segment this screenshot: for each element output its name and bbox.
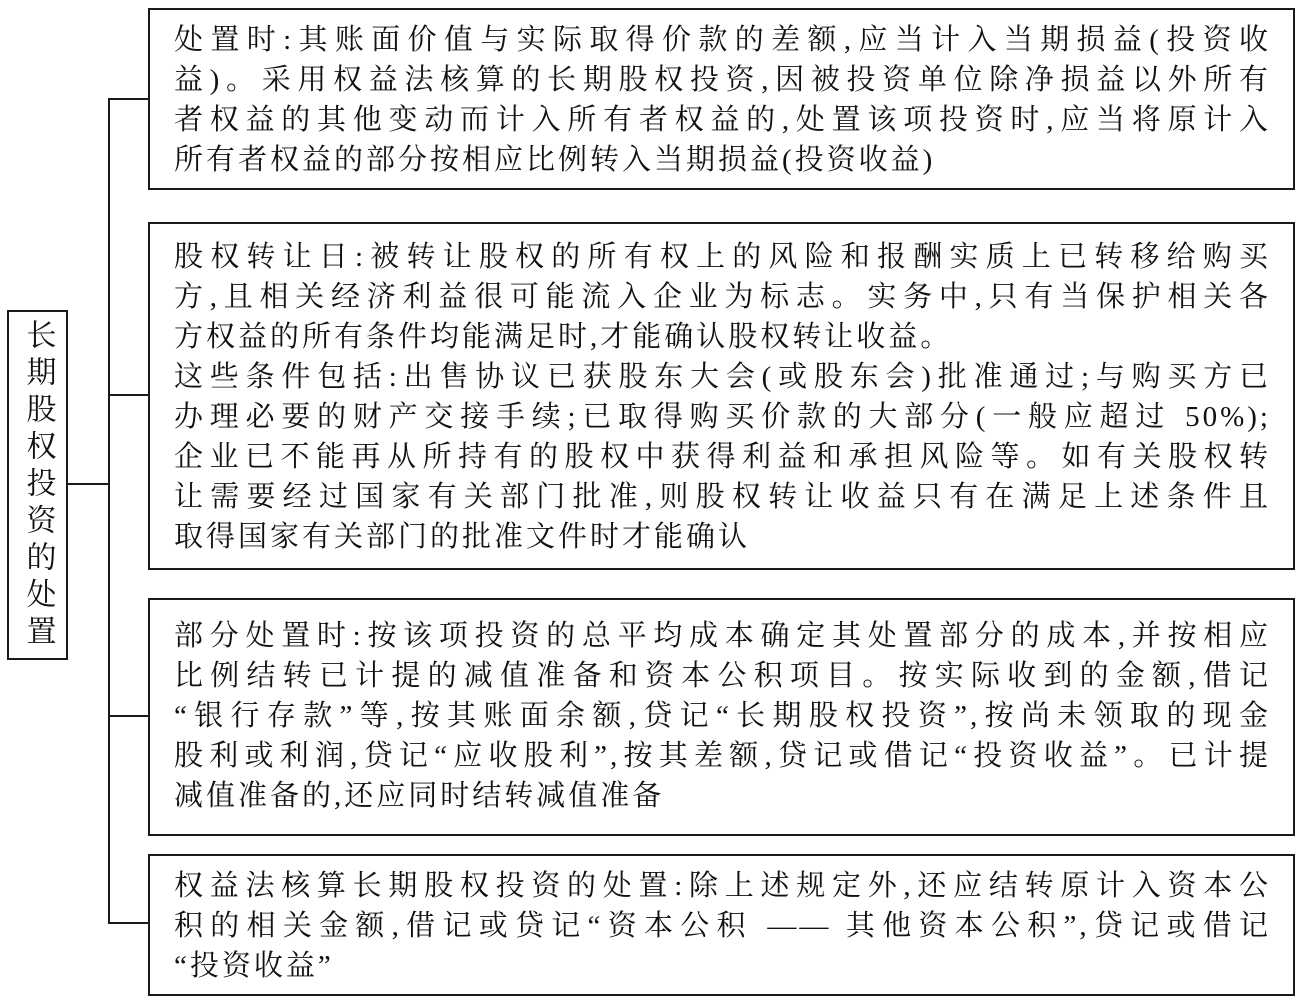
text-line: 益)。采用权益法核算的长期股权投资,因被投资单位除净损益以外所有 xyxy=(174,60,1271,100)
node-disposal-general: 处置时:其账面价值与实际取得价款的差额,应当计入当期损益(投资收益)。采用权益法… xyxy=(148,8,1295,190)
root-node: 长期股权投资的处置 xyxy=(7,310,68,660)
text-line: 股权转让日:被转让股权的所有权上的风险和报酬实质上已转移给购买 xyxy=(174,237,1271,277)
text-line: 方,且相关经济利益很可能流入企业为标志。实务中,只有当保护相关各 xyxy=(174,277,1271,317)
text-line: 积的相关金额,借记或贷记“资本公积 —— 其他资本公积”,贷记或借记 xyxy=(174,906,1271,946)
text-line: 办理必要的财产交接手续;已取得购买价款的大部分(一般应超过 50%); xyxy=(174,397,1271,437)
root-node-label: 长期股权投资的处置 xyxy=(23,319,53,652)
connector-branch-4 xyxy=(108,922,148,924)
flow-diagram: 长期股权投资的处置 处置时:其账面价值与实际取得价款的差额,应当计入当期损益(投… xyxy=(0,0,1304,1000)
text-line: “投资收益” xyxy=(174,946,1271,986)
text-line: 减值准备的,还应同时结转减值准备 xyxy=(174,776,1271,816)
text-line: 比例结转已计提的减值准备和资本公积项目。按实际收到的金额,借记 xyxy=(174,656,1271,696)
node-equity-transfer-date: 股权转让日:被转让股权的所有权上的风险和报酬实质上已转移给购买方,且相关经济利益… xyxy=(148,222,1295,570)
text-line: 企业已不能再从所持有的股权中获得利益和承担风险等。如有关股权转 xyxy=(174,437,1271,477)
connector-trunk xyxy=(108,98,110,924)
text-line: 取得国家有关部门的批准文件时才能确认 xyxy=(174,517,1271,557)
connector-branch-2 xyxy=(108,394,148,396)
text-line: 让需要经过国家有关部门批准,则股权转让收益只有在满足上述条件且 xyxy=(174,477,1271,517)
text-line: 这些条件包括:出售协议已获股东大会(或股东会)批准通过;与购买方已 xyxy=(174,357,1271,397)
text-line: 方权益的所有条件均能满足时,才能确认股权转让收益。 xyxy=(174,317,1271,357)
connector-branch-1 xyxy=(108,98,148,100)
text-line: 权益法核算长期股权投资的处置:除上述规定外,还应结转原计入资本公 xyxy=(174,866,1271,906)
node-equity-method-disposal: 权益法核算长期股权投资的处置:除上述规定外,还应结转原计入资本公积的相关金额,借… xyxy=(148,854,1295,996)
text-line: 处置时:其账面价值与实际取得价款的差额,应当计入当期损益(投资收 xyxy=(174,20,1271,60)
node-partial-disposal: 部分处置时:按该项投资的总平均成本确定其处置部分的成本,并按相应比例结转已计提的… xyxy=(148,598,1295,836)
text-line: “银行存款”等,按其账面余额,贷记“长期股权投资”,按尚未领取的现金 xyxy=(174,696,1271,736)
text-line: 股利或利润,贷记“应收股利”,按其差额,贷记或借记“投资收益”。已计提 xyxy=(174,736,1271,776)
text-line: 所有者权益的部分按相应比例转入当期损益(投资收益) xyxy=(174,140,1271,180)
connector-branch-3 xyxy=(108,715,148,717)
text-line: 者权益的其他变动而计入所有者权益的,处置该项投资时,应当将原计入 xyxy=(174,100,1271,140)
text-line: 部分处置时:按该项投资的总平均成本确定其处置部分的成本,并按相应 xyxy=(174,616,1271,656)
connector-root-stem xyxy=(68,483,108,485)
